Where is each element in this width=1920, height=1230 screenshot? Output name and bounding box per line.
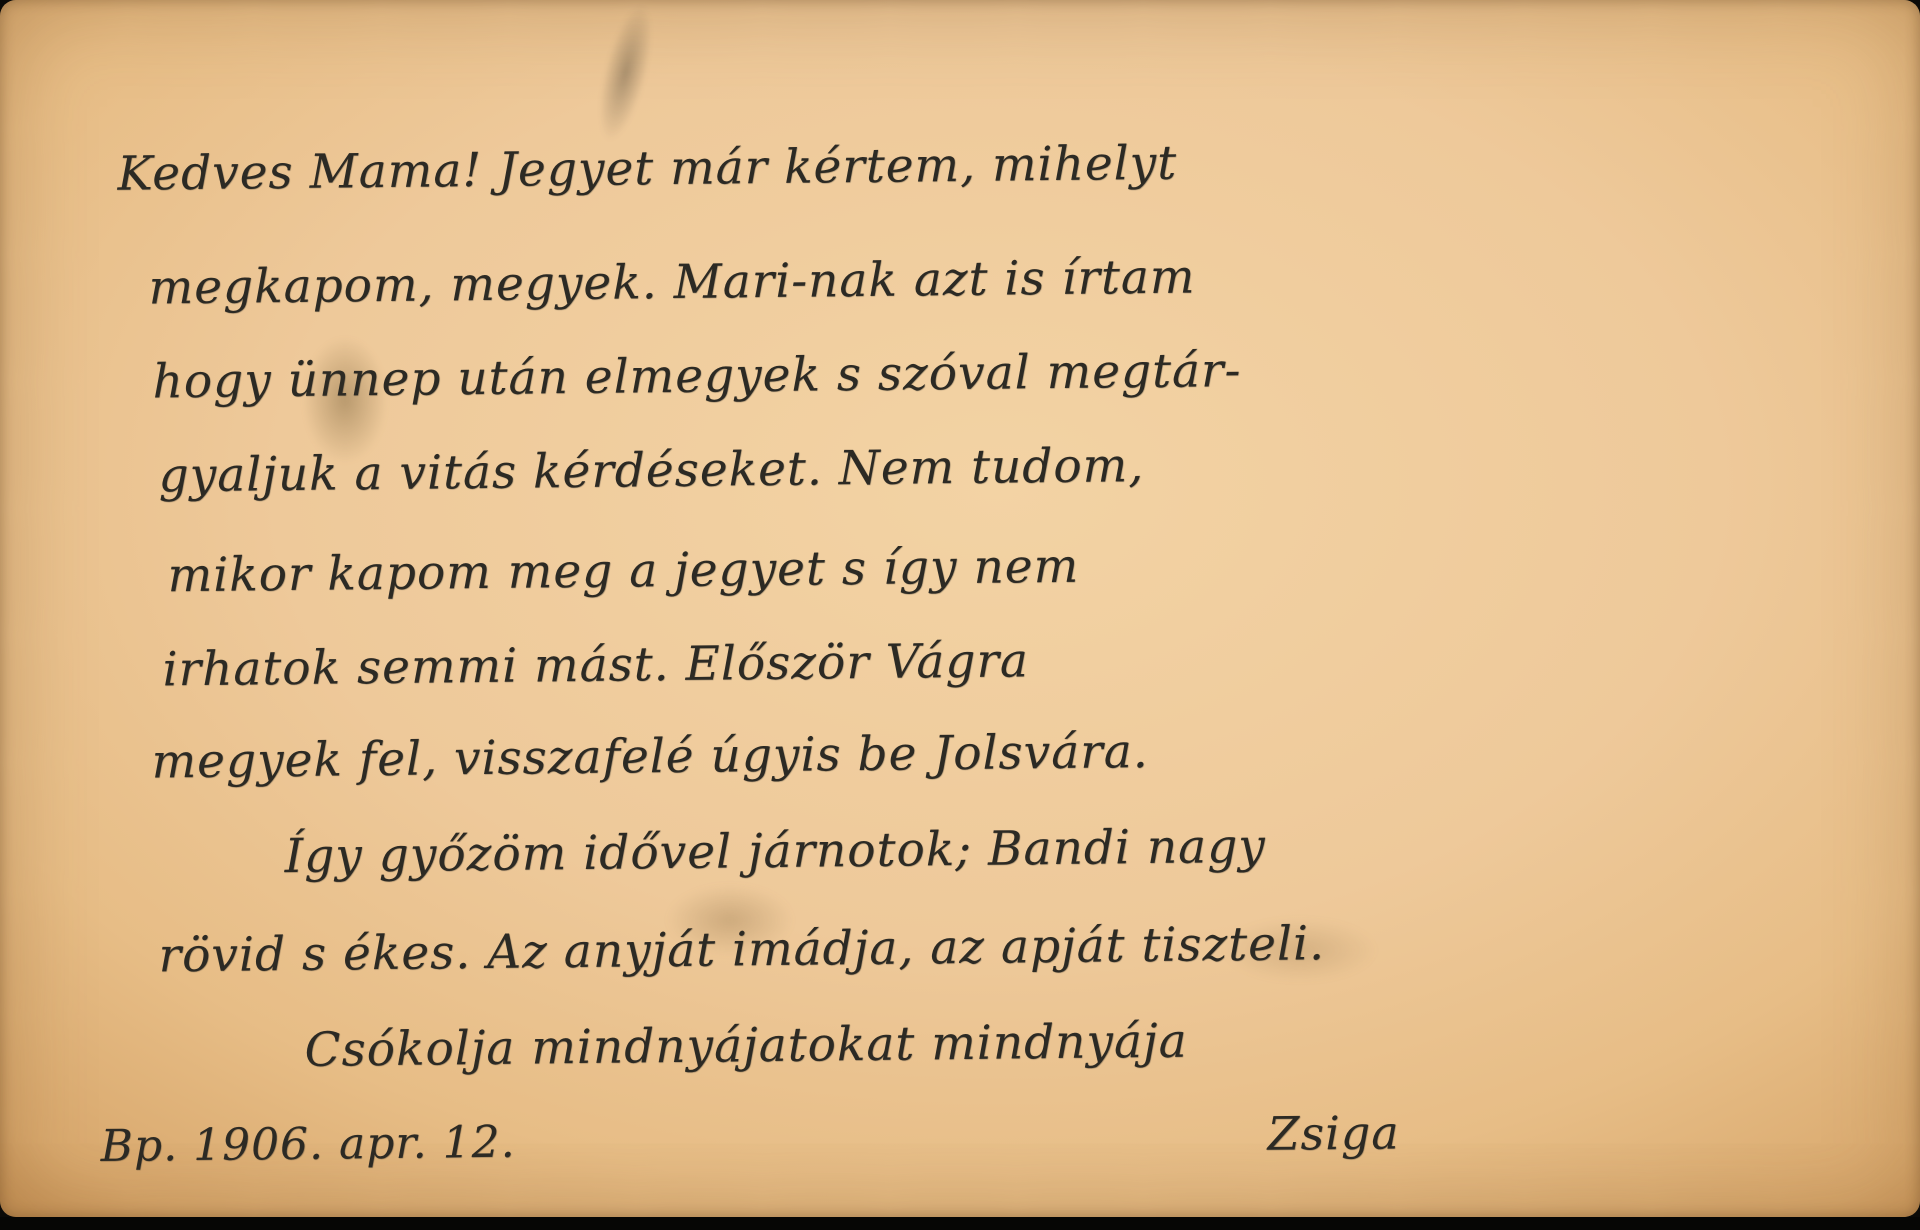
dateline: Bp. 1906. apr. 12.: [100, 1117, 515, 1172]
handwritten-text: Kedves Mama! Jegyet már kértem, mihelyt …: [0, 0, 1920, 1227]
text-line: hogy ünnep után elmegyek s szóval megtár…: [152, 343, 1241, 409]
text-line: irhatok semmi mást. Először Vágra: [162, 633, 1029, 697]
text-line: mikor kapom meg a jegyet s így nem: [167, 539, 1079, 604]
photo-edge: [0, 1217, 1920, 1230]
text-line: Csókolja mindnyájatokat mindnyája: [304, 1014, 1188, 1078]
text-line: rövid s ékes. Az anyját imádja, az apját…: [158, 916, 1325, 983]
postcard-paper: Kedves Mama! Jegyet már kértem, mihelyt …: [0, 0, 1920, 1217]
text-line: Így győzöm idővel járnotok; Bandi nagy: [284, 819, 1266, 884]
text-line: megkapom, megyek. Mari-nak azt is írtam: [148, 250, 1195, 316]
text-line: gyaljuk a vitás kérdéseket. Nem tudom,: [158, 438, 1144, 503]
signature: Zsiga: [1267, 1105, 1400, 1160]
text-line: megyek fel, visszafelé úgyis be Jolsvára…: [151, 724, 1149, 789]
text-line: Kedves Mama! Jegyet már kértem, mihelyt: [117, 136, 1177, 202]
postcard-photo: Kedves Mama! Jegyet már kértem, mihelyt …: [0, 0, 1920, 1230]
